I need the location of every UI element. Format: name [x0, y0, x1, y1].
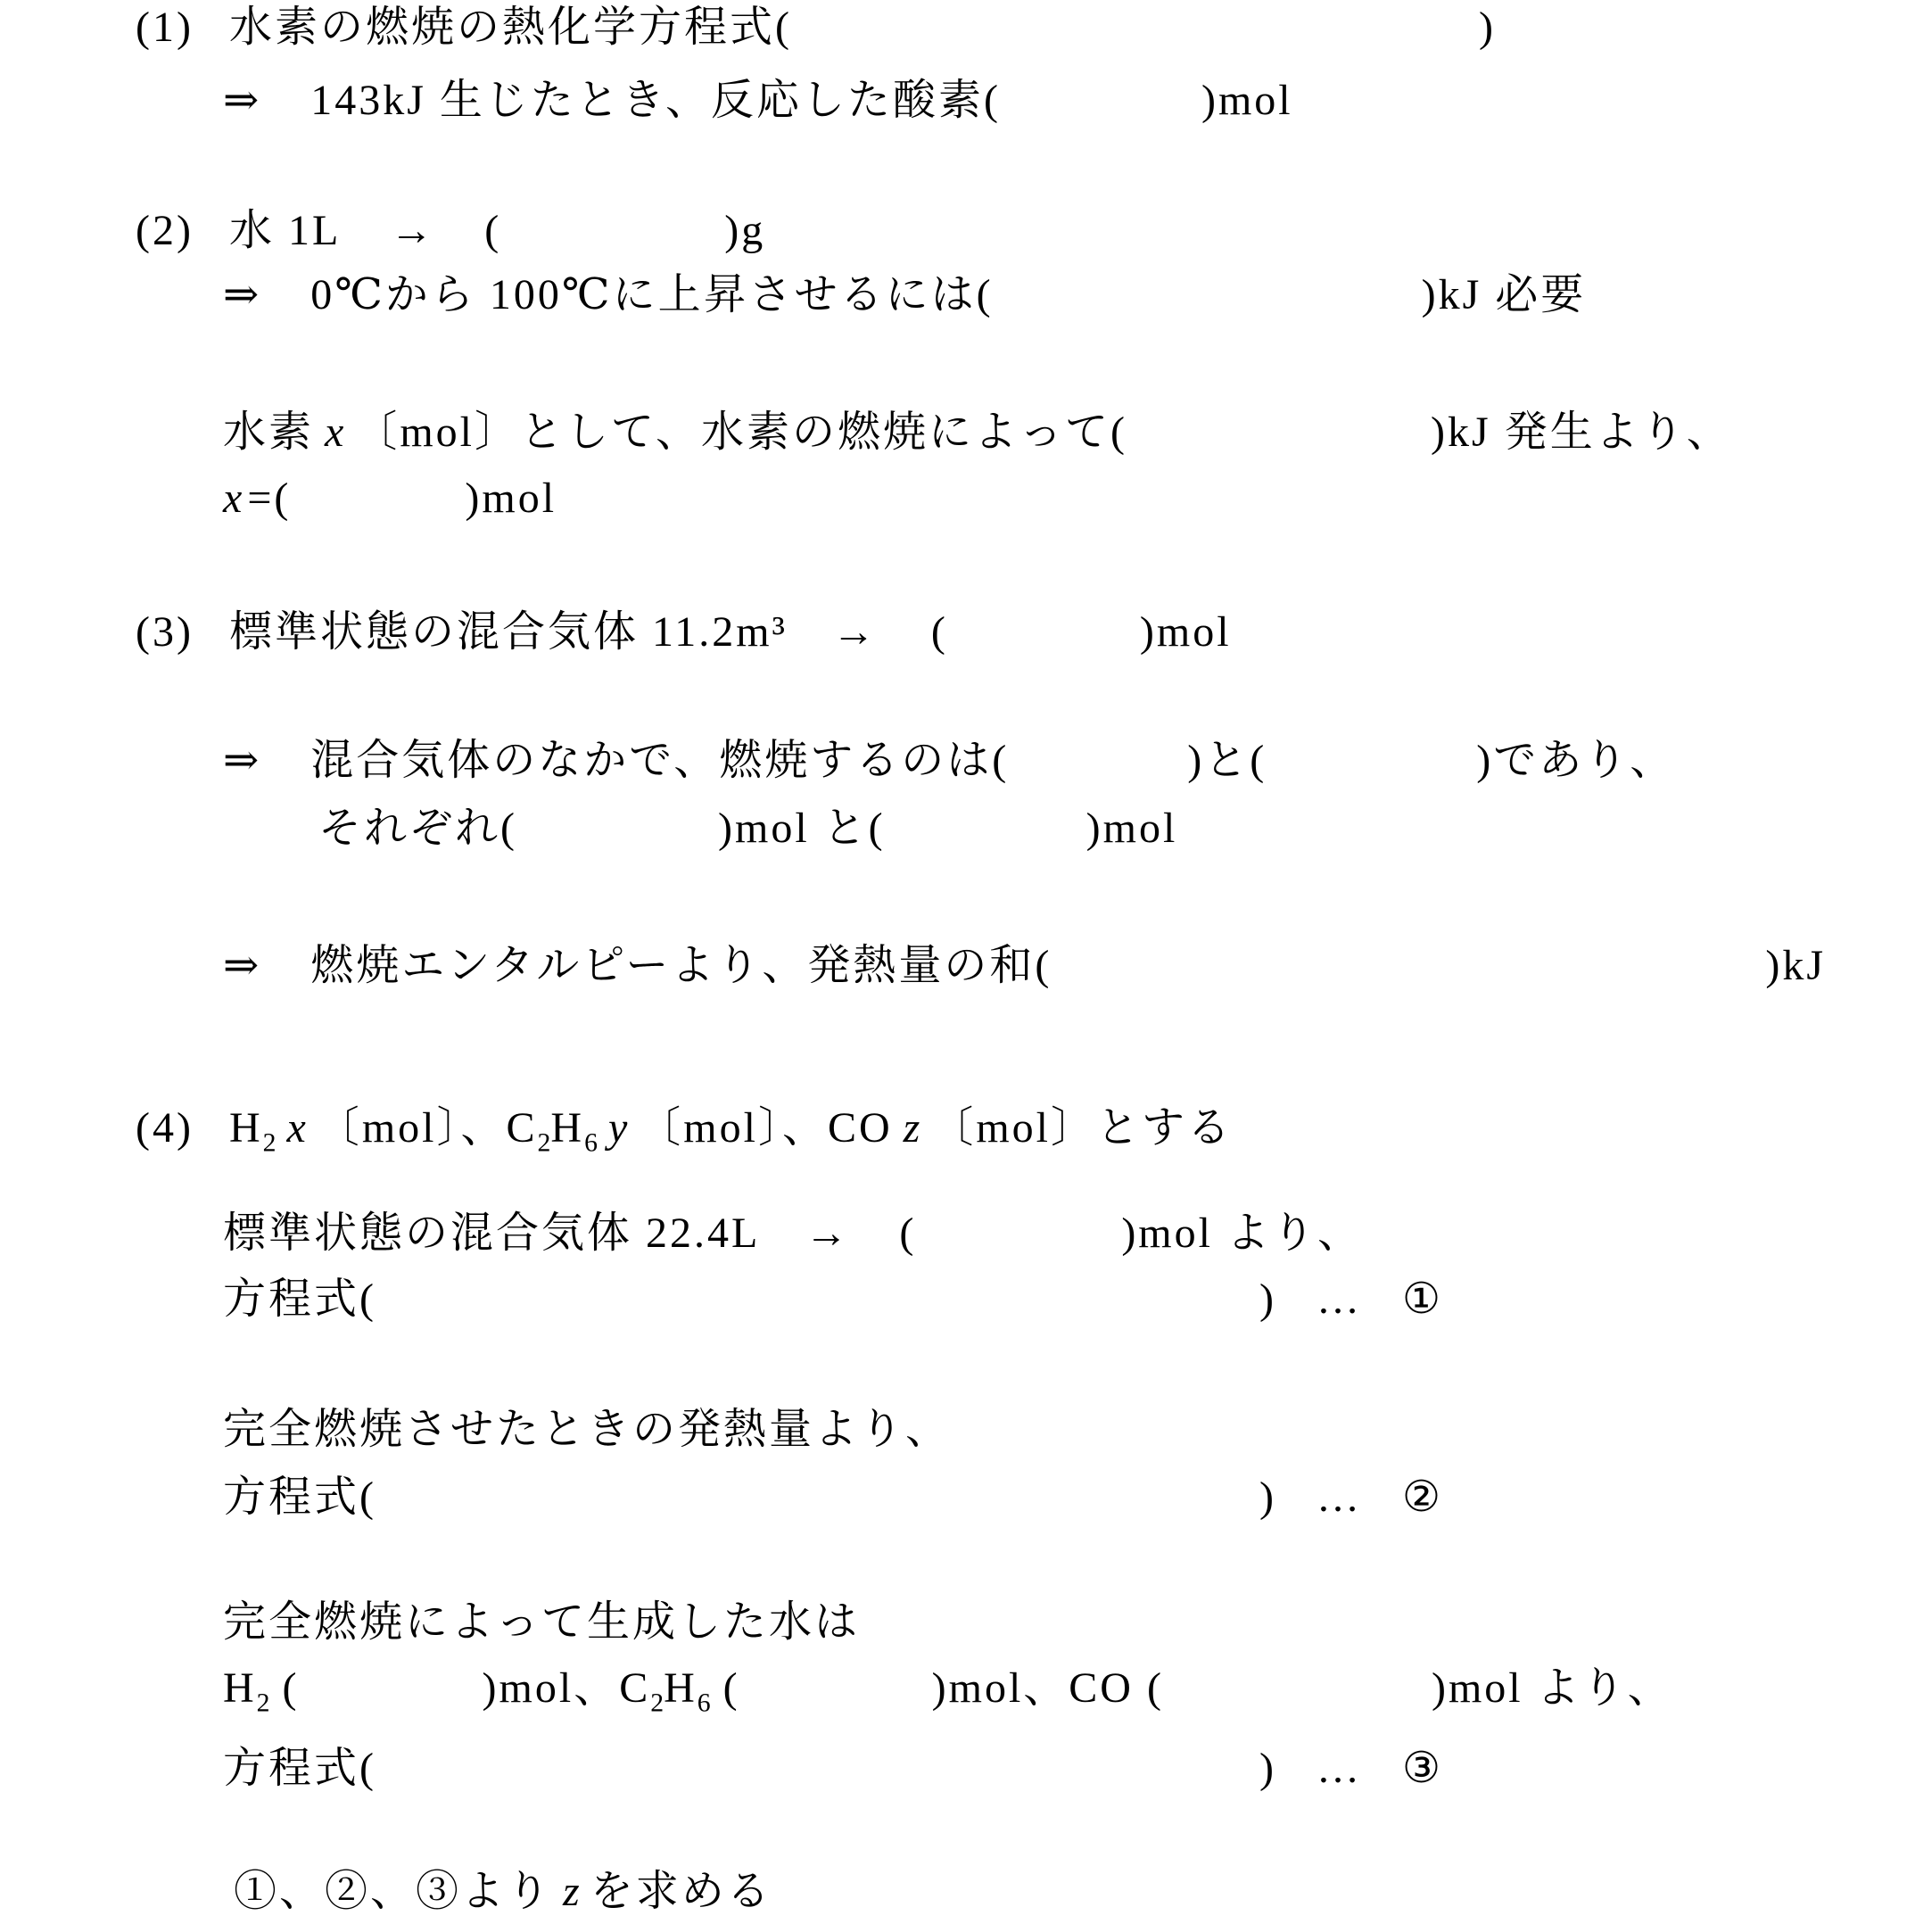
text-segment: (	[899, 1210, 916, 1257]
q2-line2: ⇒0℃から 100℃に上昇させるには()kJ 必要	[223, 271, 1586, 319]
text-segment: 水 1L	[229, 207, 341, 254]
variable-z: z	[904, 1104, 920, 1152]
text-segment: を求める	[590, 1868, 772, 1915]
subscript: 2	[263, 1128, 277, 1158]
text-segment: 〔mol〕、C	[317, 1104, 538, 1152]
q2-line4: x=()mol	[223, 475, 557, 523]
text-segment: =(	[247, 475, 291, 522]
q3-line4: ⇒燃焼エンタルピーより、発熱量の和()kJ	[223, 942, 1826, 990]
text-segment: (	[723, 1664, 740, 1712]
text-segment: )	[1259, 1276, 1276, 1323]
text-segment: 方程式(	[223, 1745, 376, 1792]
variable-x: x	[325, 409, 343, 456]
variable-x: x	[287, 1104, 306, 1152]
text-segment: それぞれ(	[318, 805, 517, 852]
text-segment: )kJ 発生より、	[1431, 409, 1732, 456]
q4-line2: 標準状態の混合気体 22.4L→()mol より、	[223, 1210, 1363, 1258]
subscript: 2	[538, 1128, 551, 1158]
q4-line9: ①、②、③よりzを求める	[234, 1868, 772, 1916]
text-segment: )mol	[1086, 805, 1178, 852]
q4-line1: (4)H2x〔mol〕、C2H6y〔mol〕、COz〔mol〕とする	[136, 1104, 1233, 1158]
q3-line2: ⇒混合気体のなかで、燃焼するのは()と()であり、	[223, 737, 1675, 785]
text-segment: 水素の燃焼の熱化学方程式(	[229, 4, 792, 51]
text-segment: 〔mol〕として、水素の燃焼によって(	[354, 409, 1127, 456]
formula-h6: H	[664, 1664, 697, 1712]
text-segment: (	[283, 1664, 300, 1712]
ellipsis: …	[1317, 1474, 1362, 1521]
text-segment: 143kJ 生じたとき、反応した酸素(	[310, 77, 1001, 124]
text-segment: 混合気体のなかで、燃焼するのは(	[310, 737, 1009, 784]
q4-line4: 完全燃焼させたときの発熱量より、	[223, 1406, 951, 1454]
arrow-icon: →	[390, 207, 435, 254]
variable-y: y	[608, 1104, 627, 1152]
text-segment: 燃焼エンタルピーより、発熱量の和(	[310, 942, 1052, 989]
variable-z: z	[563, 1868, 580, 1915]
equation-number-1: ①	[1402, 1276, 1443, 1324]
item-label-4: (4)	[136, 1104, 194, 1152]
text-segment: )	[1259, 1745, 1276, 1792]
q4-line3: 方程式()…①	[223, 1276, 1443, 1324]
double-arrow-icon: ⇒	[223, 737, 261, 784]
text-segment: )mol、CO (	[932, 1664, 1164, 1712]
double-arrow-icon: ⇒	[223, 77, 261, 124]
ellipsis: …	[1317, 1745, 1362, 1792]
text-segment: )mol より、	[1432, 1664, 1673, 1712]
text-segment: 標準状態の混合気体 11.2m³	[229, 608, 788, 656]
text-segment: 0℃から 100℃に上昇させるには(	[310, 271, 993, 318]
text-segment: 完全燃焼させたときの発熱量より、	[223, 1406, 951, 1453]
variable-x: x	[223, 475, 242, 522]
equation-number-3: ③	[1402, 1745, 1443, 1793]
equation-number-2: ②	[1402, 1474, 1443, 1522]
formula-h2: H	[223, 1664, 257, 1712]
text-segment: )kJ	[1765, 942, 1826, 989]
text-segment: 標準状態の混合気体 22.4L	[223, 1210, 760, 1257]
item-label-1: (1)	[136, 4, 194, 51]
text-segment: )	[1259, 1474, 1276, 1521]
subscript: 6	[584, 1128, 598, 1158]
worksheet-page: (1)水素の燃焼の熱化学方程式() ⇒143kJ 生じたとき、反応した酸素()m…	[0, 0, 1915, 1932]
text-segment: 〔mol〕とする	[930, 1104, 1233, 1152]
subscript: 2	[650, 1688, 664, 1718]
arrow-icon: →	[805, 1210, 850, 1257]
arrow-icon: →	[832, 608, 878, 656]
text-segment: )g	[724, 207, 765, 254]
text-segment: )mol	[1201, 77, 1293, 124]
text-segment: 〔mol〕、CO	[638, 1104, 892, 1152]
ellipsis: …	[1317, 1276, 1362, 1323]
text-segment: )mol より、	[1121, 1210, 1363, 1257]
q1-line2: ⇒143kJ 生じたとき、反応した酸素()mol	[223, 77, 1293, 125]
q3-line3: それぞれ()mol と()mol	[318, 805, 1177, 853]
text-segment: )mol、C	[483, 1664, 651, 1712]
text-segment: )と(	[1187, 737, 1267, 784]
double-arrow-icon: ⇒	[223, 271, 261, 318]
q4-line8: 方程式()…③	[223, 1745, 1443, 1793]
item-label-2: (2)	[136, 207, 194, 254]
text-segment: (	[484, 207, 501, 254]
subscript: 6	[697, 1688, 711, 1718]
text-segment: )mol と(	[718, 805, 886, 852]
q4-line6: 完全燃焼によって生成した水は	[223, 1598, 860, 1647]
text-segment: 方程式(	[223, 1276, 376, 1323]
text-segment: 方程式(	[223, 1474, 376, 1521]
text-segment: )であり、	[1476, 737, 1675, 784]
double-arrow-icon: ⇒	[223, 942, 261, 989]
text-segment: 水素	[223, 409, 314, 456]
formula-h6: H	[550, 1104, 584, 1152]
text-segment: )mol	[1140, 608, 1232, 656]
q1-line1: (1)水素の燃焼の熱化学方程式()	[136, 4, 1496, 52]
text-segment: ①、②、③より	[234, 1868, 552, 1915]
text-segment: (	[931, 608, 948, 656]
text-segment: )kJ 必要	[1422, 271, 1587, 318]
text-segment: )mol	[465, 475, 557, 522]
item-label-3: (3)	[136, 608, 194, 656]
text-segment: )	[1479, 4, 1496, 51]
q3-line1: (3)標準状態の混合気体 11.2m³→()mol	[136, 608, 1232, 656]
q4-line7: H2()mol、C2H6()mol、CO ()mol より、	[223, 1664, 1673, 1718]
subscript: 2	[257, 1688, 270, 1718]
q2-line3: 水素x〔mol〕として、水素の燃焼によって()kJ 発生より、	[223, 409, 1732, 457]
formula-h2: H	[229, 1104, 263, 1152]
q4-line5: 方程式()…②	[223, 1474, 1443, 1522]
q2-line1: (2)水 1L→()g	[136, 207, 765, 255]
text-segment: 完全燃焼によって生成した水は	[223, 1598, 860, 1646]
